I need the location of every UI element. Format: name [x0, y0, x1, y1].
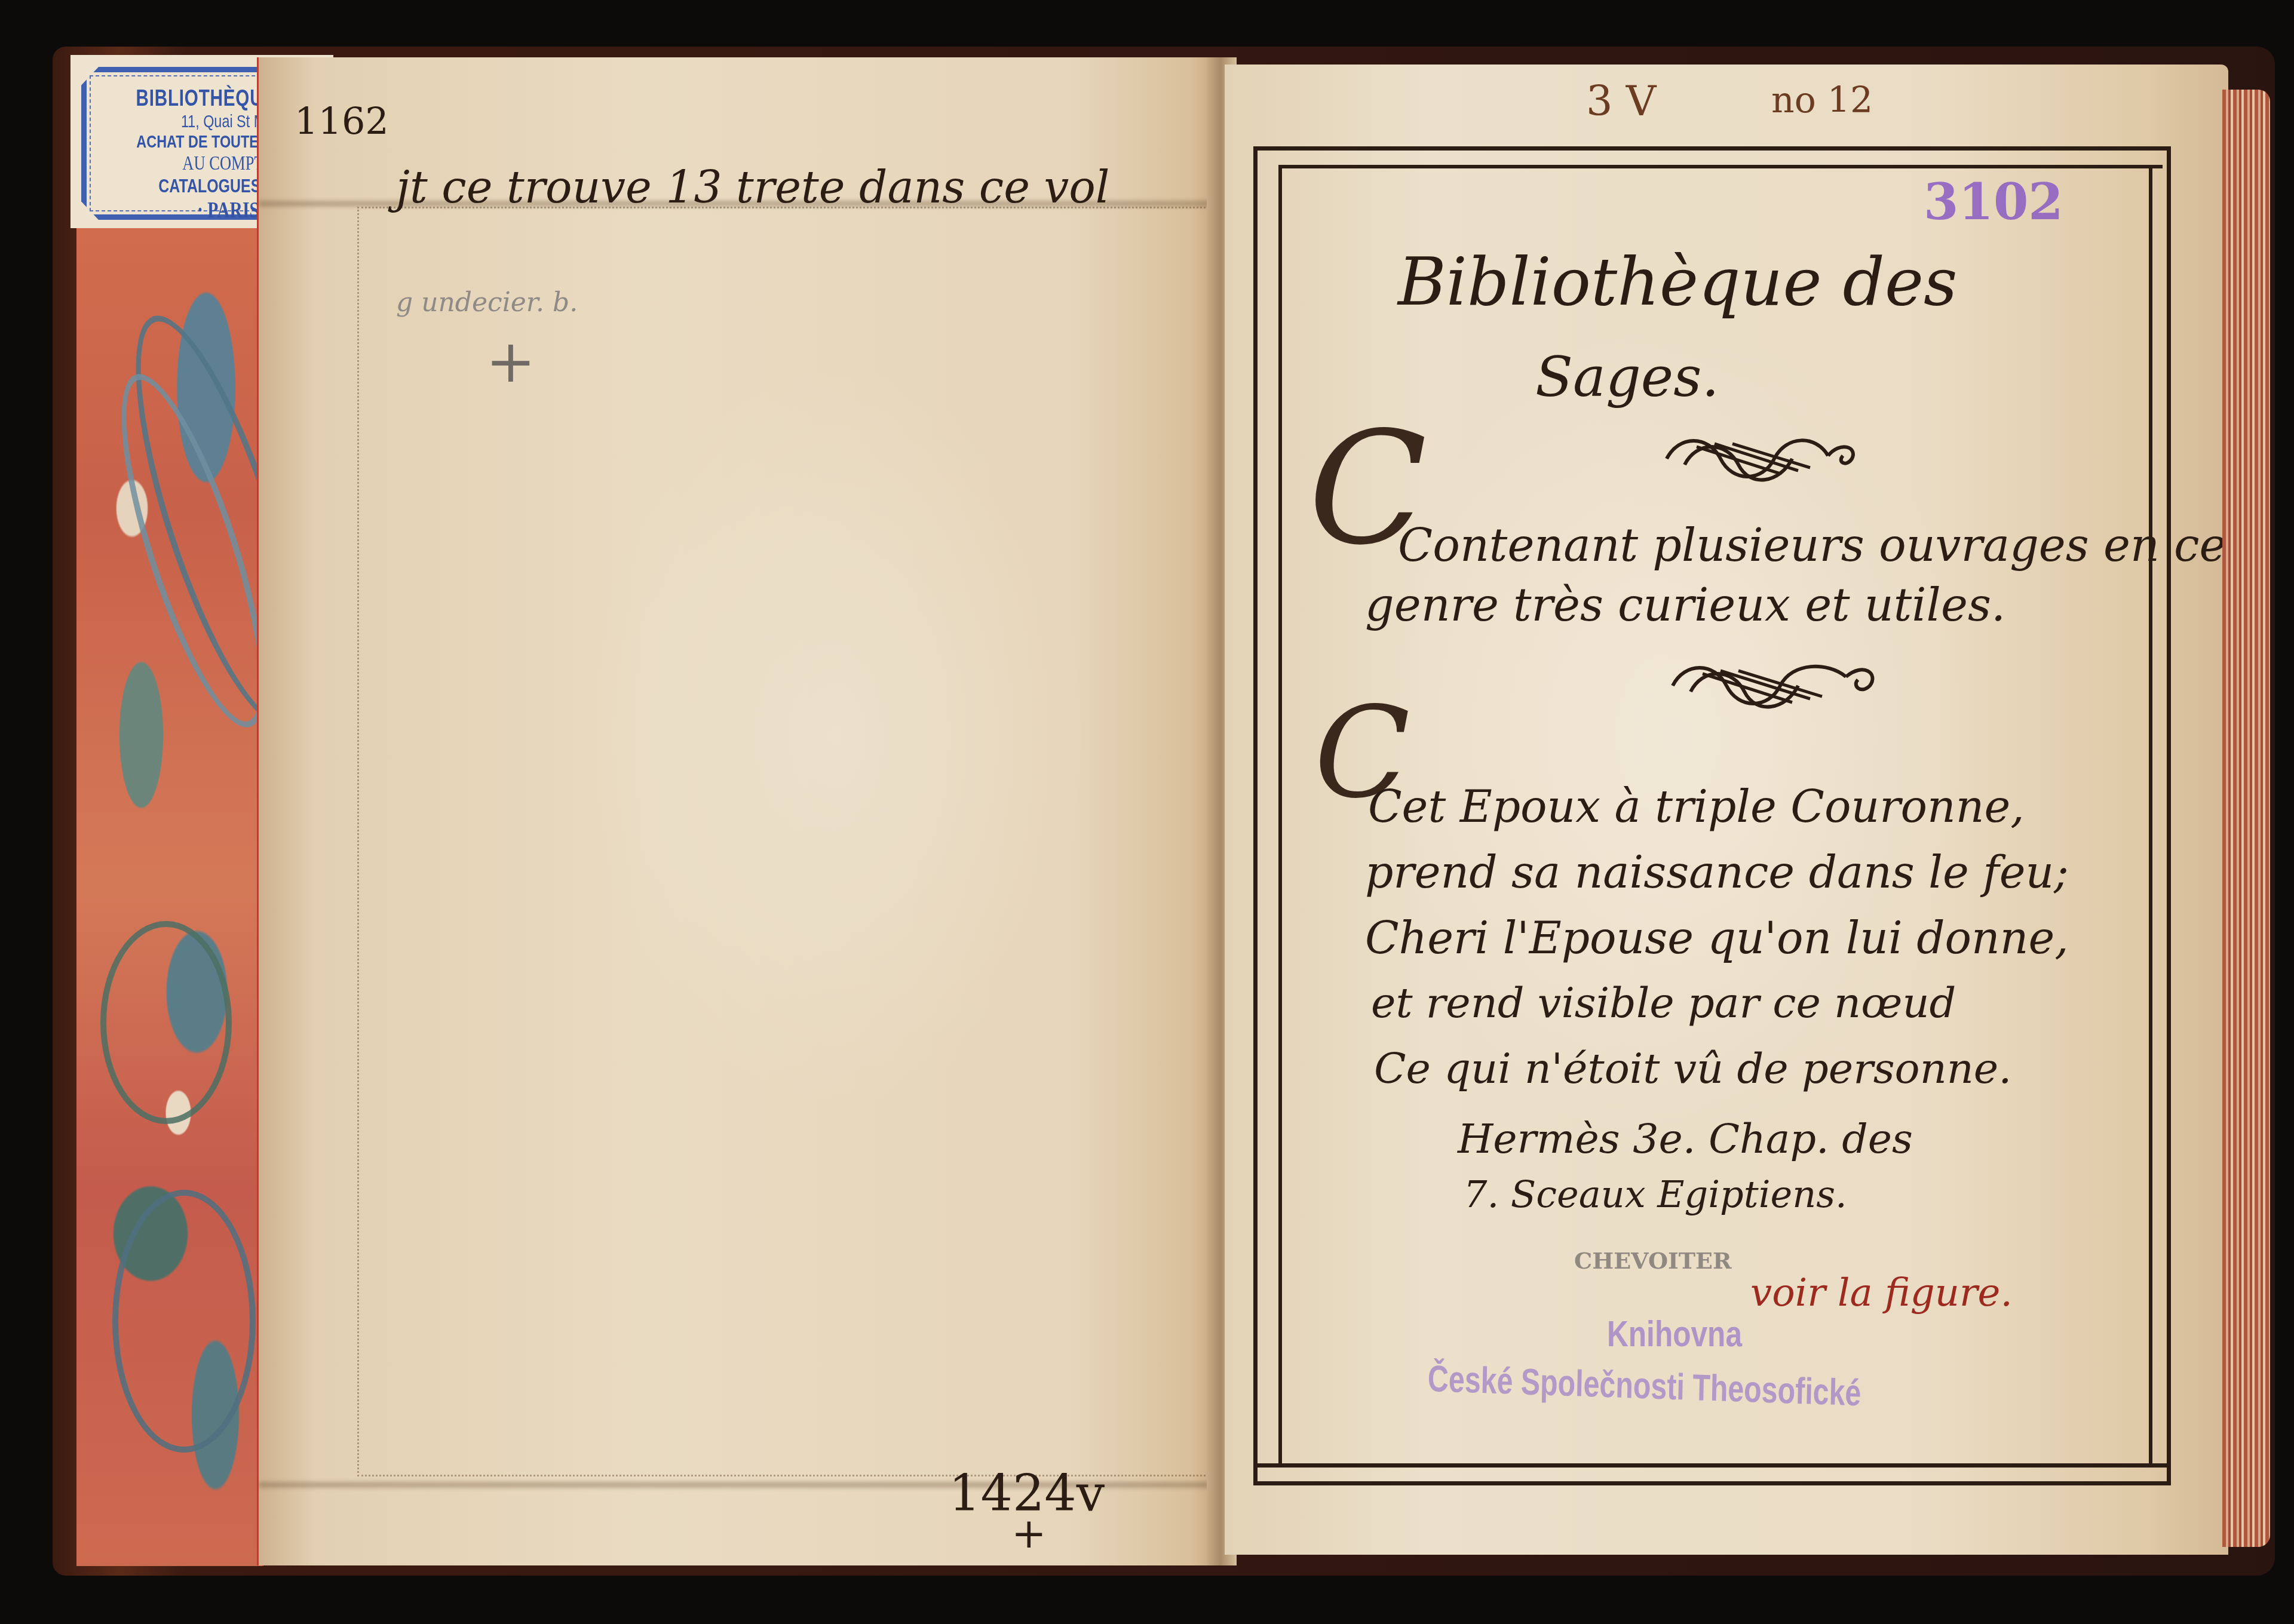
verse-line-4: et rend visible par ce nœud [1371, 978, 1956, 1027]
frame-inner-right [2149, 165, 2152, 1467]
shelfmark-number: 1162 [295, 99, 389, 143]
frame-outer-left [1253, 146, 1258, 1484]
calligraphic-flourish-icon [1667, 650, 1882, 716]
page-edges [2222, 90, 2270, 1547]
pencil-cross: + [486, 326, 536, 396]
faded-gray-stamp: CHEVOITER [1574, 1247, 1732, 1274]
verse-line-2: prend sa naissance dans le feu; [1365, 847, 2069, 898]
top-annotation-left: 3 V [1586, 76, 1656, 125]
title-line-2: Sages. [1535, 345, 1719, 409]
verse-line-3: Cheri l'Epouse qu'on lui donne, [1365, 913, 2069, 964]
title-line-1: Bibliothèque des [1398, 244, 1957, 320]
frame-inner-left [1278, 165, 1282, 1467]
attribution-line-1: Hermès 3e. Chap. des [1458, 1116, 1913, 1163]
library-stamp-line-2: České Společnosti Theosofické [1427, 1358, 1861, 1414]
calligraphic-flourish-icon [1661, 423, 1864, 489]
frame-inner-bottom [1253, 1463, 2171, 1468]
library-stamp-line-1: Knihovna [1607, 1313, 1742, 1355]
red-ink-note: voir la figure. [1750, 1271, 2013, 1315]
attribution-line-2: 7. Sceaux Egiptiens. [1464, 1172, 1847, 1216]
bottom-cross-mark: + [1011, 1509, 1047, 1558]
top-annotation-right: no 12 [1771, 79, 1873, 121]
right-title-page: 3 V no 12 3102 Bibliothèque des Sages. C… [1225, 65, 2228, 1555]
left-flyleaf-page: 1162 jt ce trouve 13 trete dans ce vol g… [257, 57, 1220, 1565]
frame-inner-top [1278, 165, 2163, 168]
pencil-note: g undecier. b. [396, 287, 578, 318]
library-stamp-number: 3102 [1924, 172, 2063, 231]
plate-mark-outline [357, 207, 1209, 1476]
subtitle-line-2: genre très curieux et utiles. [1365, 578, 2005, 631]
frame-outer-bottom [1253, 1481, 2171, 1485]
subtitle-line-1: Contenant plusieurs ouvrages en ce [1398, 518, 2226, 572]
verse-line-5: Ce qui n'étoit vû de personne. [1374, 1044, 2012, 1093]
ownership-inscription: jt ce trouve 13 trete dans ce vol [396, 162, 1109, 213]
marbled-endpaper [76, 55, 263, 1566]
verse-line-1: Cet Epoux à triple Couronne, [1368, 781, 2025, 833]
frame-outer-top [1253, 146, 2169, 151]
frame-outer-right [2167, 146, 2171, 1484]
